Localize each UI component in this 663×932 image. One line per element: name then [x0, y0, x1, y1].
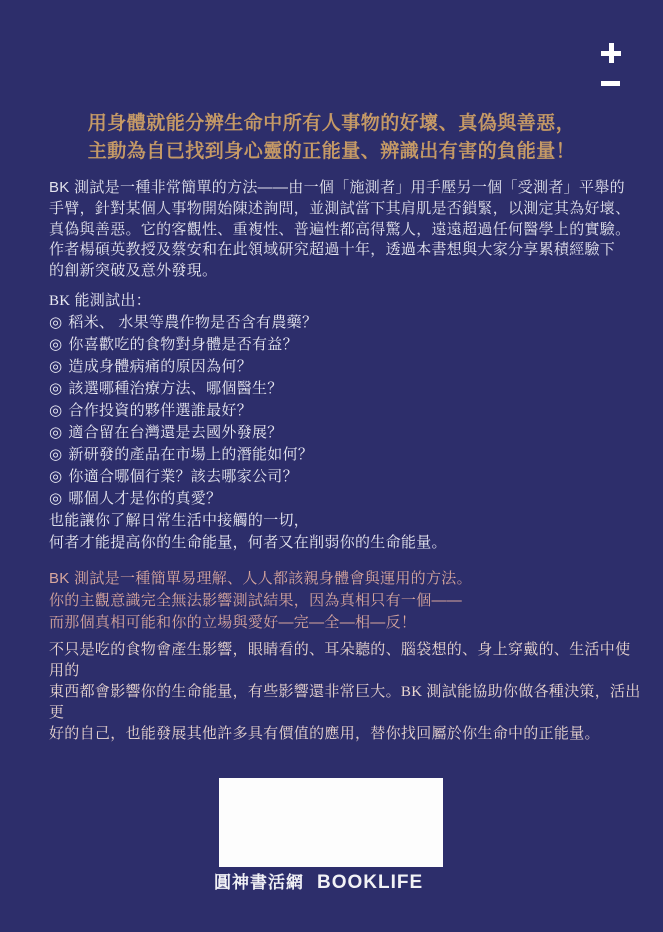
list-item: ◎你喜歡吃的食物對身體是否有益？	[49, 334, 641, 356]
list-item: ◎合作投資的夥伴選誰最好？	[49, 400, 641, 422]
double-circle-bullet-icon: ◎	[49, 337, 62, 353]
publisher-name: 圓神書活網	[214, 868, 304, 893]
double-circle-bullet-icon: ◎	[49, 315, 62, 331]
closing-paragraph: 不只是吃的食物會產生影響，眼睛看的、耳朵聽的、腦袋想的、身上穿戴的、生活中使用的…	[49, 640, 641, 745]
list-item-text: 哪個人才是你的真愛？	[68, 491, 221, 507]
list-item-text: 你喜歡吃的食物對身體是否有益？	[68, 337, 298, 353]
double-circle-bullet-icon: ◎	[49, 403, 62, 419]
double-circle-bullet-icon: ◎	[49, 469, 62, 485]
test-capability-list: BK 能測試出： ◎稻米、 水果等農作物是否含有農藥？ ◎你喜歡吃的食物對身體是…	[49, 290, 641, 554]
minus-icon	[601, 81, 620, 86]
double-circle-bullet-icon: ◎	[49, 359, 62, 375]
list-item-text: 稻米、 水果等農作物是否含有農藥？	[68, 315, 317, 331]
list-item: ◎適合留在台灣還是去國外發展？	[49, 422, 641, 444]
list-item: ◎你適合哪個行業？該去哪家公司？	[49, 466, 641, 488]
double-circle-bullet-icon: ◎	[49, 425, 62, 441]
barcode-placeholder	[219, 778, 443, 867]
list-item-text: 適合留在台灣還是去國外發展？	[68, 425, 282, 441]
list-item-text: 合作投資的夥伴選誰最好？	[68, 403, 252, 419]
book-back-cover: 用身體就能分辨生命中所有人事物的好壞、真偽與善惡， 主動為自已找到身心靈的正能量…	[0, 0, 663, 932]
list-footer-note: 也能讓你了解日常生活中接觸的一切， 何者才能提高你的生命能量，何者又在削弱你的生…	[49, 510, 641, 554]
intro-paragraph-serif: 作者楊碩英教授及蔡安和在此領域研究超過十年，透過本書想與大家分享累積經驗下 的創…	[49, 240, 641, 282]
publisher-logo: 圓神書活網 BOOKLIFE	[214, 868, 423, 894]
double-circle-bullet-icon: ◎	[49, 491, 62, 507]
booklife-brand-logo: BOOKLIFE	[317, 872, 423, 894]
summary-paragraph: BK 測試是一種簡單易理解、人人都該親身體會與運用的方法。 你的主觀意識完全無法…	[49, 568, 641, 634]
headline: 用身體就能分辨生命中所有人事物的好壞、真偽與善惡， 主動為自已找到身心靈的正能量…	[0, 110, 663, 166]
list-item-text: 造成身體病痛的原因為何？	[68, 359, 252, 375]
double-circle-bullet-icon: ◎	[49, 381, 62, 397]
list-item-text: 新研發的產品在市場上的潛能如何？	[68, 447, 313, 463]
list-item: ◎稻米、 水果等農作物是否含有農藥？	[49, 312, 641, 334]
plus-icon	[601, 43, 621, 63]
list-item-text: 你適合哪個行業？該去哪家公司？	[68, 469, 298, 485]
list-item: ◎造成身體病痛的原因為何？	[49, 356, 641, 378]
list-item: ◎新研發的產品在市場上的潛能如何？	[49, 444, 641, 466]
intro-paragraph-sans: BK 測試是一種非常簡單的方法——由一個「施測者」用手壓另一個「受測者」平舉的 …	[49, 177, 641, 240]
list-header: BK 能測試出：	[49, 290, 641, 312]
double-circle-bullet-icon: ◎	[49, 447, 62, 463]
list-item: ◎該選哪種治療方法、哪個醫生？	[49, 378, 641, 400]
list-item-text: 該選哪種治療方法、哪個醫生？	[68, 381, 282, 397]
list-item: ◎哪個人才是你的真愛？	[49, 488, 641, 510]
